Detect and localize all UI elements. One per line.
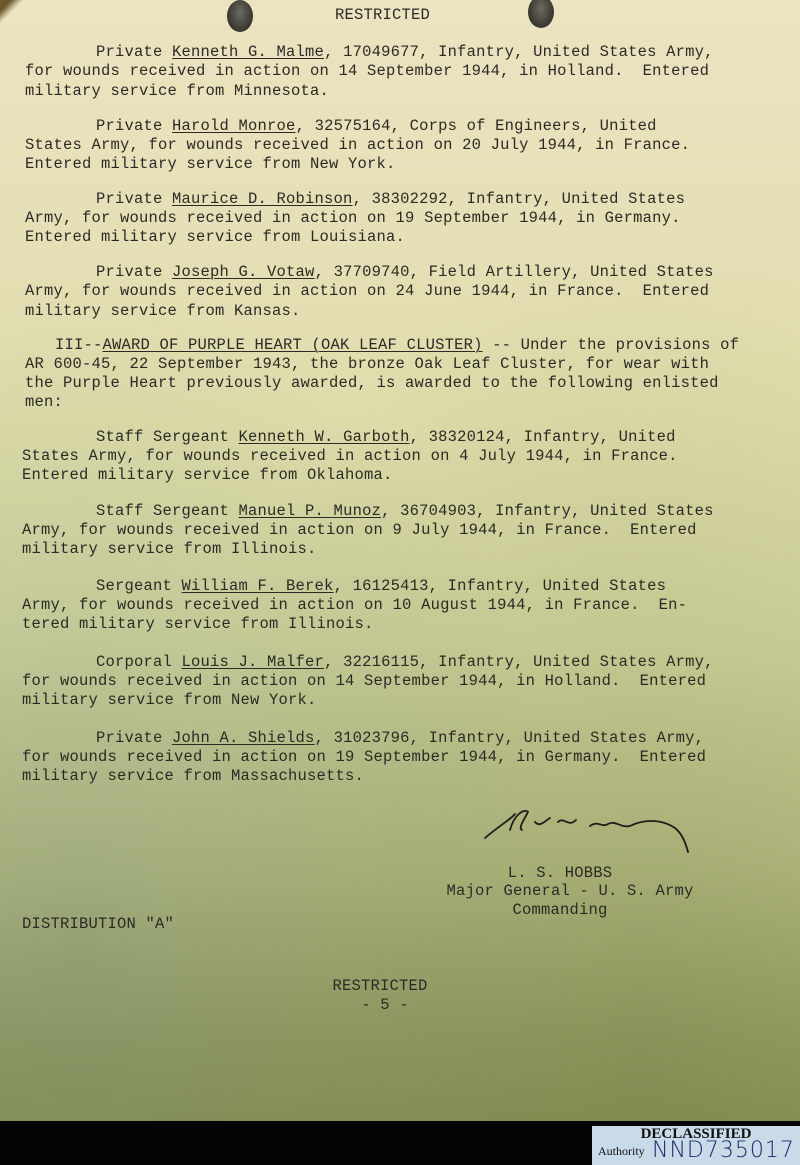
- entry-details: , 31023796, Infantry, United States Army…: [315, 729, 705, 747]
- entry-details: , 16125413, Infantry, United States: [334, 577, 667, 595]
- rank: Private: [96, 263, 163, 281]
- entry-line-2: for wounds received in action on 19 Sept…: [22, 748, 706, 767]
- document-page: RESTRICTED Private Kenneth G. Malme, 170…: [0, 0, 800, 1121]
- rank: Private: [96, 190, 163, 208]
- soldier-name: Kenneth W. Garboth: [239, 428, 410, 446]
- section-heading: AWARD OF PURPLE HEART (OAK LEAF CLUSTER): [103, 336, 483, 354]
- footer-classification: RESTRICTED: [280, 977, 480, 996]
- entry-line-2: Army, for wounds received in action on 9…: [22, 521, 697, 540]
- soldier-name: Kenneth G. Malme: [172, 43, 324, 61]
- rank: Private: [96, 43, 163, 61]
- rank: Sergeant: [96, 577, 172, 595]
- rank: Staff Sergeant: [96, 502, 229, 520]
- declassified-stamp: DECLASSIFIED Authority NND735017: [592, 1126, 800, 1165]
- entry-line-3: Entered military service from New York.: [25, 155, 396, 174]
- entry-line-3: military service from Minnesota.: [25, 82, 329, 101]
- soldier-name: Joseph G. Votaw: [172, 263, 315, 281]
- signer-title: Major General - U. S. Army: [440, 882, 700, 901]
- entry-line-2: States Army, for wounds received in acti…: [22, 447, 678, 466]
- section-text: -- Under the provisions of: [483, 336, 740, 354]
- entry-line-2: for wounds received in action on 14 Sept…: [25, 62, 709, 81]
- header-classification: RESTRICTED: [0, 6, 765, 25]
- stamp-authority-label: Authority: [598, 1144, 645, 1159]
- entry-line-3: military service from Massachusetts.: [22, 767, 364, 786]
- rank: Staff Sergeant: [96, 428, 229, 446]
- rank: Corporal: [96, 653, 172, 671]
- entry-line-3: military service from Kansas.: [25, 302, 301, 321]
- entry-details: , 38320124, Infantry, United: [410, 428, 676, 446]
- handwritten-signature: [480, 800, 700, 860]
- section-line-4: men:: [25, 393, 63, 412]
- soldier-name: Louis J. Malfer: [182, 653, 325, 671]
- entry-line-2: Army, for wounds received in action on 1…: [25, 209, 681, 228]
- entry-line-2: Army, for wounds received in action on 1…: [22, 596, 687, 615]
- soldier-name: Harold Monroe: [172, 117, 296, 135]
- page-number: - 5 -: [280, 996, 490, 1015]
- entry-line-3: Entered military service from Louisiana.: [25, 228, 405, 247]
- entry-line-1: Private Maurice D. Robinson, 38302292, I…: [96, 190, 685, 209]
- entry-line-1: Private John A. Shields, 31023796, Infan…: [96, 729, 704, 748]
- entry-line-3: military service from Illinois.: [22, 540, 317, 559]
- entry-line-1: Private Kenneth G. Malme, 17049677, Infa…: [96, 43, 714, 62]
- entry-details: , 17049677, Infantry, United States Army…: [324, 43, 714, 61]
- entry-line-2: for wounds received in action on 14 Sept…: [22, 672, 706, 691]
- section-line-3: the Purple Heart previously awarded, is …: [25, 374, 719, 393]
- entry-line-1: Private Joseph G. Votaw, 37709740, Field…: [96, 263, 714, 282]
- section-line-2: AR 600-45, 22 September 1943, the bronze…: [25, 355, 709, 374]
- rank: Private: [96, 117, 163, 135]
- entry-line-2: Army, for wounds received in action on 2…: [25, 282, 709, 301]
- entry-line-3: Entered military service from Oklahoma.: [22, 466, 393, 485]
- entry-details: , 38302292, Infantry, United States: [353, 190, 686, 208]
- entry-details: , 32575164, Corps of Engineers, United: [296, 117, 657, 135]
- entry-line-1: Staff Sergeant Kenneth W. Garboth, 38320…: [96, 428, 676, 447]
- distribution-line: DISTRIBUTION "A": [22, 915, 174, 934]
- section-number: III--: [55, 336, 103, 354]
- entry-line-2: States Army, for wounds received in acti…: [25, 136, 690, 155]
- soldier-name: William F. Berek: [182, 577, 334, 595]
- entry-details: , 36704903, Infantry, United States: [381, 502, 714, 520]
- entry-line-1: Sergeant William F. Berek, 16125413, Inf…: [96, 577, 666, 596]
- stamp-authority-number: NND735017: [652, 1138, 795, 1163]
- entry-details: , 37709740, Field Artillery, United Stat…: [315, 263, 714, 281]
- section-heading-line: III--AWARD OF PURPLE HEART (OAK LEAF CLU…: [55, 336, 739, 355]
- entry-line-1: Corporal Louis J. Malfer, 32216115, Infa…: [96, 653, 714, 672]
- entry-details: , 32216115, Infantry, United States Army…: [324, 653, 714, 671]
- rank: Private: [96, 729, 163, 747]
- entry-line-1: Staff Sergeant Manuel P. Munoz, 36704903…: [96, 502, 714, 521]
- entry-line-3: military service from New York.: [22, 691, 317, 710]
- entry-line-1: Private Harold Monroe, 32575164, Corps o…: [96, 117, 657, 136]
- signer-name: L. S. HOBBS: [440, 864, 680, 883]
- signer-role: Commanding: [440, 901, 680, 920]
- soldier-name: John A. Shields: [172, 729, 315, 747]
- soldier-name: Manuel P. Munoz: [239, 502, 382, 520]
- entry-line-3: tered military service from Illinois.: [22, 615, 374, 634]
- soldier-name: Maurice D. Robinson: [172, 190, 353, 208]
